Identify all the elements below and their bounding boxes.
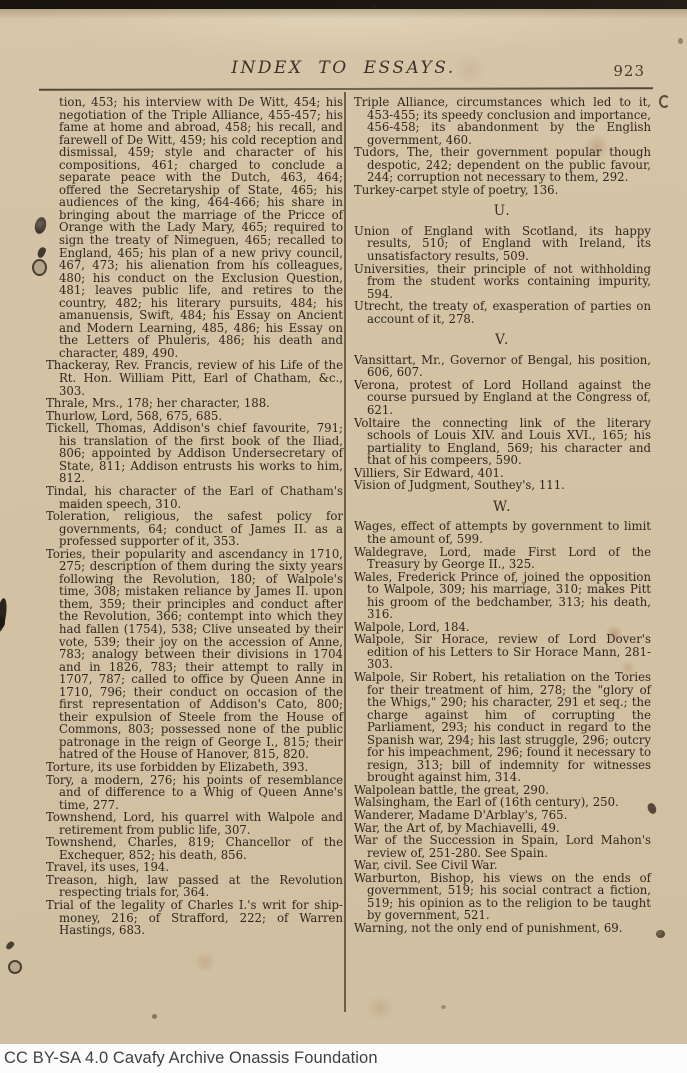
index-entry: Walpole, Sir Robert, his retaliation on …	[354, 671, 651, 784]
index-entry: Utrecht, the treaty of, exasperation of …	[354, 300, 651, 325]
ink-speck-mark	[371, 3, 377, 8]
index-entry: Wales, Frederick Prince of, joined the o…	[354, 571, 651, 621]
index-entry: Tindal, his character of the Earl of Cha…	[46, 485, 343, 510]
index-entry: Triple Alliance, circumstances which led…	[354, 96, 651, 146]
left-column: tion, 453; his interview with De Witt, 4…	[46, 96, 343, 937]
ink-ring-mark	[8, 960, 22, 974]
section-letter-heading: V.	[354, 334, 651, 347]
header-rule	[39, 87, 653, 91]
index-entry: Toleration, religious, the safest policy…	[46, 510, 343, 548]
ink-speck-mark	[152, 1014, 157, 1019]
index-entry: Waldegrave, Lord, made First Lord of the…	[354, 546, 651, 571]
index-entry: Thrale, Mrs., 178; her character, 188.	[46, 397, 343, 410]
index-entry: Thackeray, Rev. Francis, review of his L…	[46, 359, 343, 397]
index-entry: Tory, a modern, 276; his points of resem…	[46, 774, 343, 812]
index-entry: Tickell, Thomas, Addison's chief favouri…	[46, 422, 343, 485]
license-caption: CC BY-SA 4.0 Cavafy Archive Onassis Foun…	[0, 1049, 378, 1068]
index-entry: tion, 453; his interview with De Witt, 4…	[46, 96, 343, 359]
index-entry: War, civil. See Civil War.	[354, 859, 651, 872]
section-letter-heading: U.	[354, 205, 651, 218]
index-entry: Tudors, The, their government popular th…	[354, 146, 651, 184]
index-entry: Vansittart, Mr., Governor of Bengal, his…	[354, 354, 651, 379]
page-top-edge	[0, 0, 687, 9]
index-entry: Walpole, Sir Horace, review of Lord Dove…	[354, 633, 651, 671]
index-entry: Warning, not the only end of punishment,…	[354, 922, 651, 935]
ink-spot-mark	[656, 930, 665, 938]
ink-speck-mark	[441, 1005, 446, 1009]
ink-speck-mark	[678, 38, 683, 44]
index-entry: Union of England with Scotland, its happ…	[354, 225, 651, 263]
section-letter-heading: W.	[354, 501, 651, 514]
license-caption-bar: CC BY-SA 4.0 Cavafy Archive Onassis Foun…	[0, 1044, 687, 1073]
index-entry: Treason, high, law passed at the Revolut…	[46, 874, 343, 899]
index-entry: Trial of the legality of Charles I.'s wr…	[46, 899, 343, 937]
ink-ring-mark	[32, 259, 47, 276]
index-entry: Townshend, Charles, 819; Chancellor of t…	[46, 836, 343, 861]
page-top-edge-shadow	[0, 9, 687, 19]
index-entry: Voltaire the connecting link of the lite…	[354, 417, 651, 467]
edge-ink-mark	[0, 616, 5, 628]
index-entry: Vision of Judgment, Southey's, 111.	[354, 479, 651, 492]
right-column: Triple Alliance, circumstances which led…	[354, 96, 651, 934]
page-title: INDEX TO ESSAYS.	[0, 58, 687, 78]
ink-comma-mark	[5, 940, 15, 951]
index-entry: Torture, its use forbidden by Elizabeth,…	[46, 761, 343, 774]
column-divider	[344, 92, 346, 1012]
index-entry: War of the Succession in Spain, Lord Mah…	[354, 834, 651, 859]
index-entry: Tories, their popularity and ascendancy …	[46, 548, 343, 761]
index-entry: Turkey-carpet style of poetry, 136.	[354, 184, 651, 197]
index-entry: Warburton, Bishop, his views on the ends…	[354, 872, 651, 922]
index-entry: Universities, their principle of not wit…	[354, 263, 651, 301]
ink-curl-mark	[659, 95, 670, 108]
index-entry: Wanderer, Madame D'Arblay's, 765.	[354, 809, 651, 822]
page-number: 923	[613, 62, 645, 80]
index-entry: Verona, protest of Lord Holland against …	[354, 379, 651, 417]
index-entry: Wages, effect of attempts by government …	[354, 520, 651, 545]
book-page: INDEX TO ESSAYS. 923 tion, 453; his inte…	[0, 0, 687, 1044]
index-entry: Townshend, Lord, his quarrel with Walpol…	[46, 811, 343, 836]
